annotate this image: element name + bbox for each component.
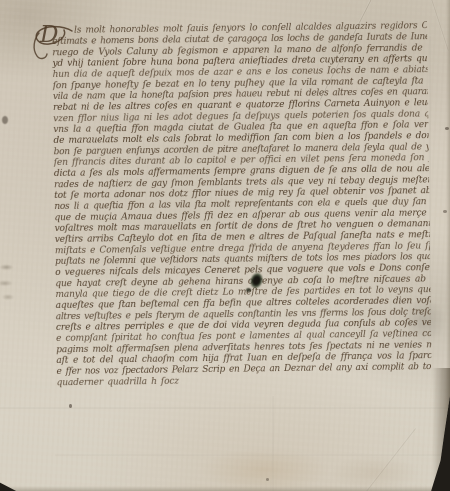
photo-background: { "photo": { "background_color": "#201d1… bbox=[0, 0, 450, 491]
ink-blot-satellite bbox=[246, 288, 251, 292]
paper-edge-shadow bbox=[0, 486, 450, 491]
paper-crease bbox=[55, 454, 450, 456]
ink-speck bbox=[2, 116, 8, 124]
manuscript-page: ls molt honorables molt ſauis ſenyors lo… bbox=[0, 0, 450, 491]
paper-edge-shadow bbox=[432, 368, 450, 491]
paper-crease bbox=[272, 396, 274, 491]
ink-showthrough bbox=[0, 258, 16, 304]
manuscript-lines: ls molt honorables molt ſauis ſenyors lo… bbox=[52, 21, 432, 389]
initial-capital-flourish bbox=[30, 23, 76, 65]
paper-crease bbox=[366, 428, 417, 491]
paper-crease bbox=[0, 407, 450, 409]
ink-speck bbox=[266, 478, 269, 481]
manuscript-text: ls molt honorables molt ſauis ſenyors lo… bbox=[52, 21, 432, 389]
ink-speck bbox=[69, 404, 72, 408]
stain bbox=[200, 448, 330, 491]
